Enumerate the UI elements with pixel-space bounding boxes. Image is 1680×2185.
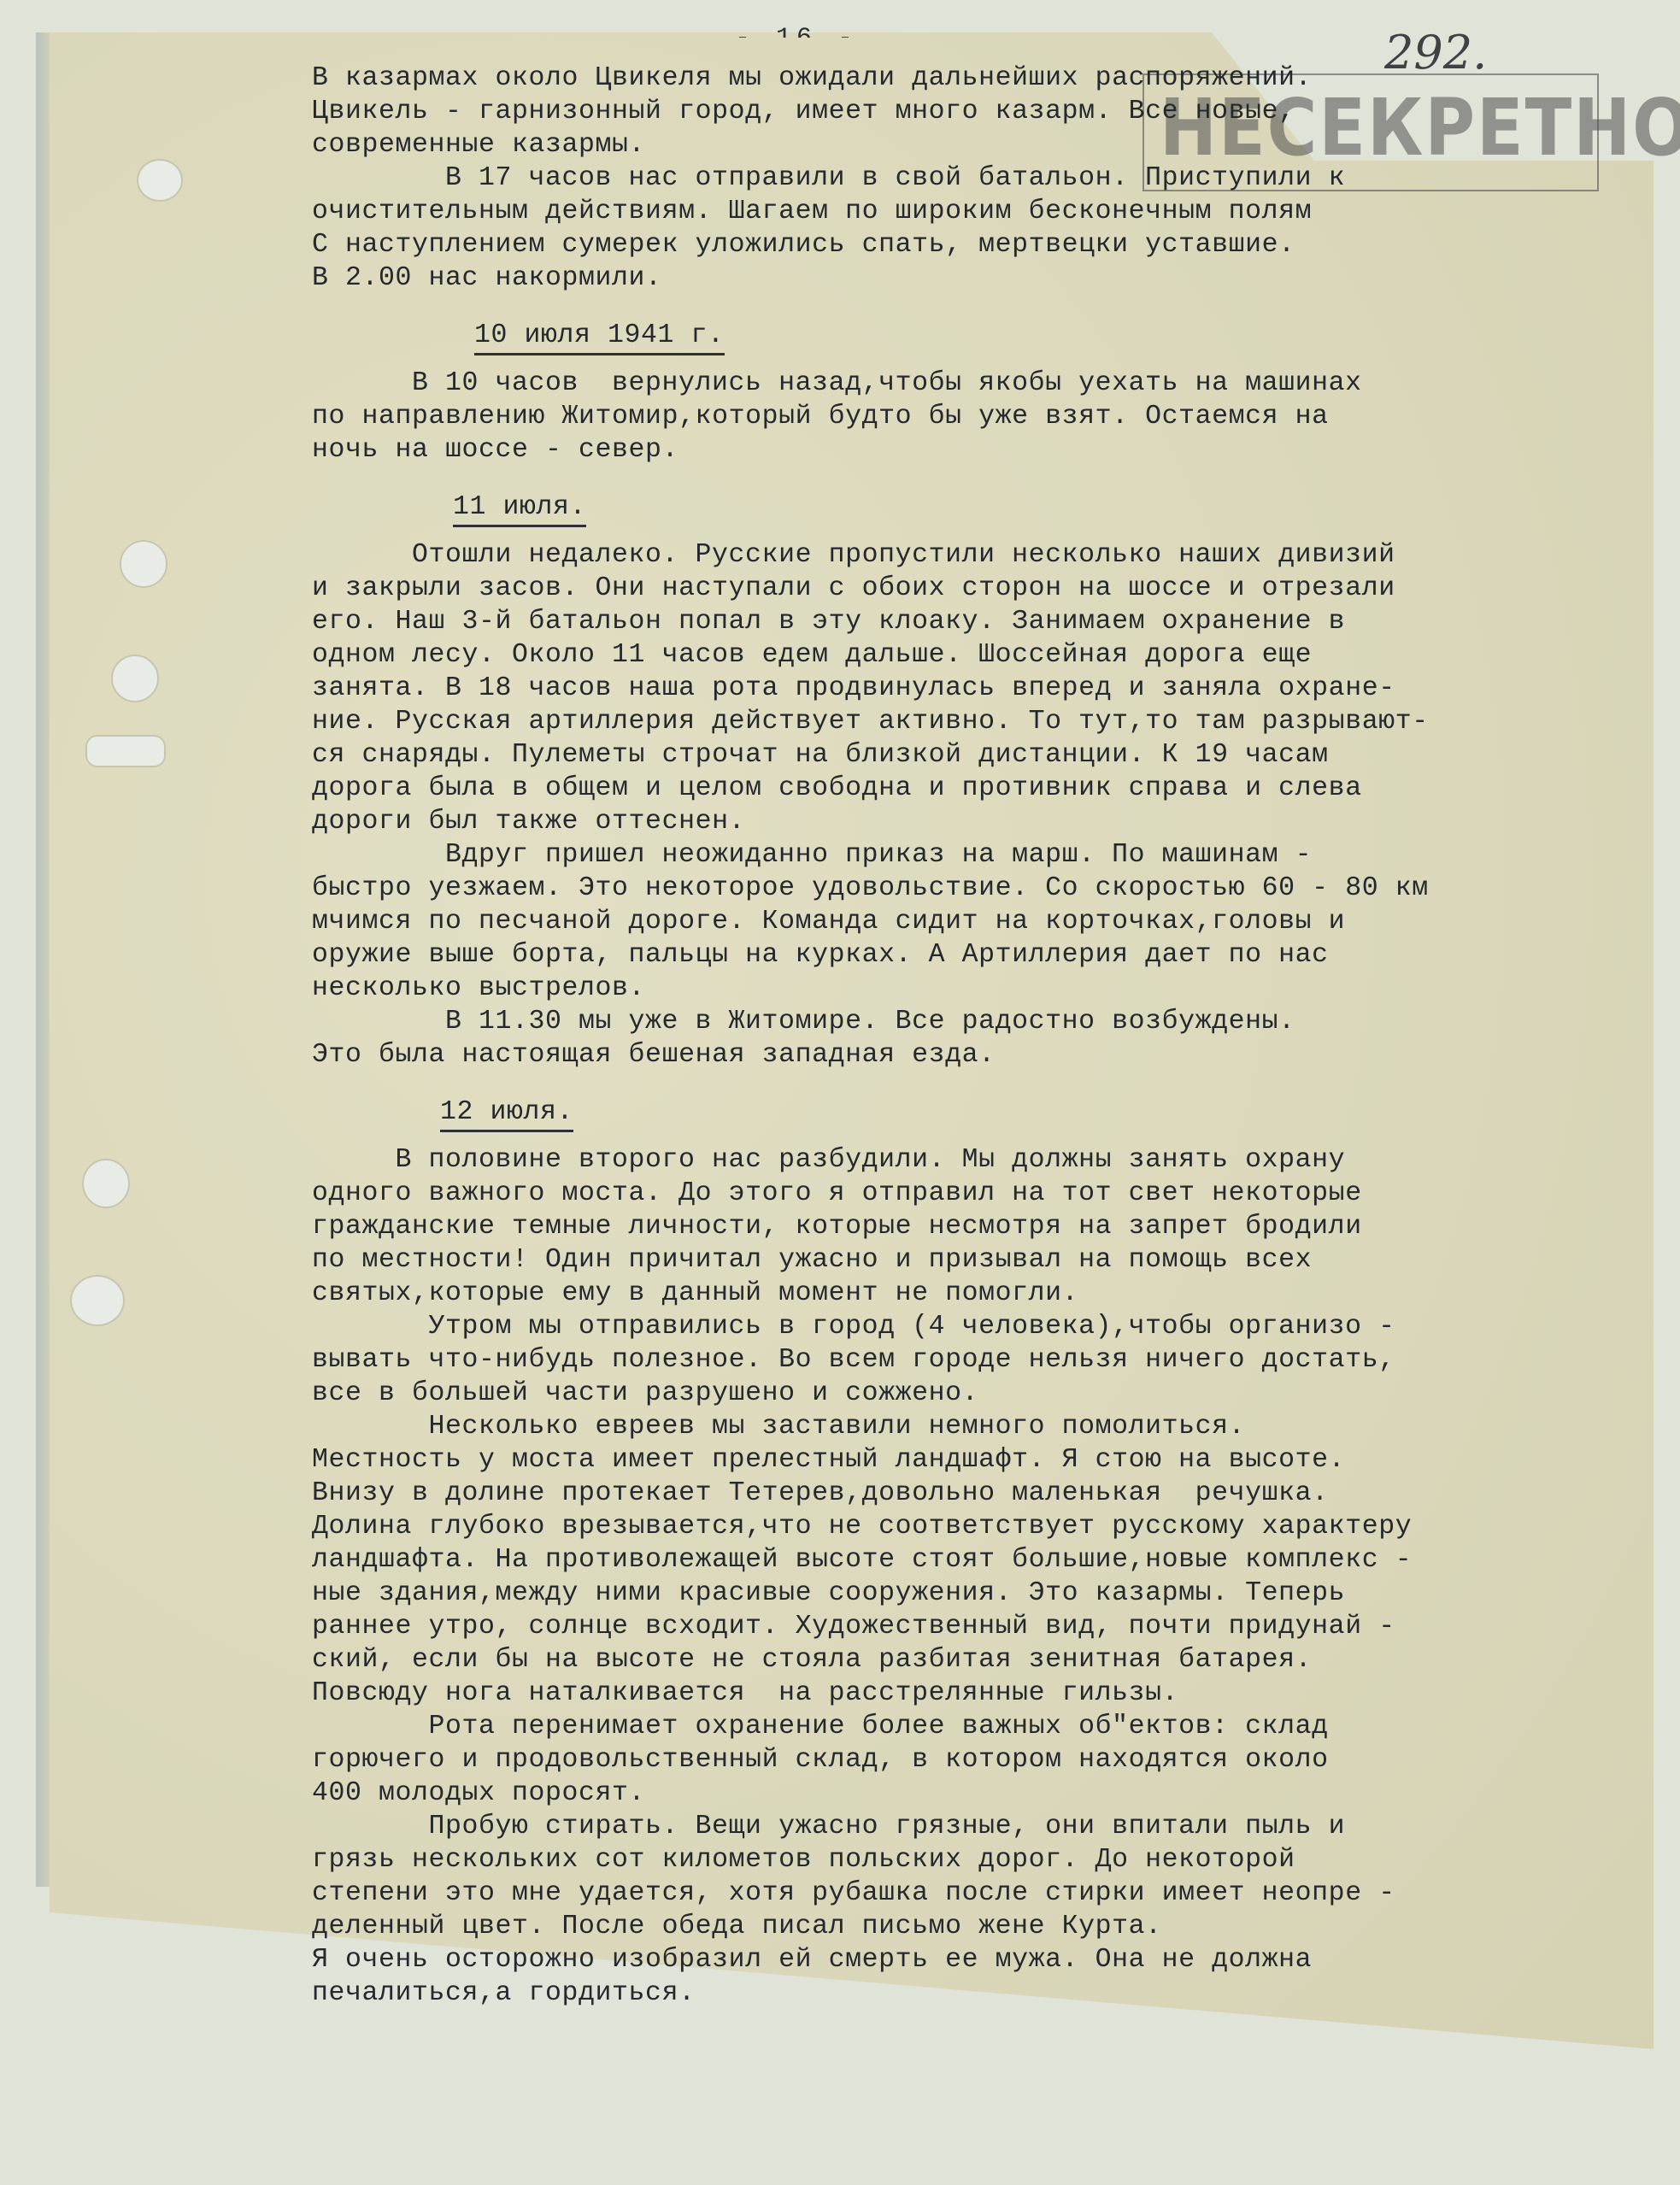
text-line: все в большей части разрушено и сожжено. [312, 1377, 1645, 1410]
text-line: оружие выше борта, пальцы на курках. А А… [312, 938, 1645, 972]
text-line: В половине второго нас разбудили. Мы дол… [312, 1143, 1645, 1177]
text-line: ние. Русская артиллерия действует активн… [312, 705, 1645, 738]
text-line: одного важного моста. До этого я отправи… [312, 1177, 1645, 1210]
page-number: - 16 - [735, 24, 858, 38]
punch-hole [111, 655, 159, 702]
section-spacer [312, 295, 1645, 319]
heading-line: 11 июля. [312, 490, 1645, 538]
section-spacer [312, 1072, 1645, 1095]
text-line: очистительным действиям. Шагаем по широк… [312, 195, 1645, 228]
text-line: вывать что-нибудь полезное. Во всем горо… [312, 1343, 1645, 1377]
diary-date-heading: 11 июля. [453, 492, 586, 527]
section-spacer [312, 467, 1645, 490]
text-line: его. Наш 3-й батальон попал в эту клоаку… [312, 605, 1645, 638]
paper-edge-shadow [36, 32, 51, 1887]
text-line: Отошли недалеко. Русские пропустили неск… [312, 538, 1645, 572]
text-line: печалиться,а гордиться. [312, 1976, 1645, 2010]
text-line: Несколько евреев мы заставили немного по… [312, 1410, 1645, 1443]
punch-hole [137, 159, 183, 202]
text-line: деленный цвет. После обеда писал письмо … [312, 1910, 1645, 1943]
text-line: Я очень осторожно изобразил ей смерть ее… [312, 1943, 1645, 1976]
text-line: Долина глубоко врезывается,что не соотве… [312, 1510, 1645, 1543]
text-line: горючего и продовольственный склад, в ко… [312, 1743, 1645, 1777]
text-line: по направлению Житомир,который будто бы … [312, 400, 1645, 433]
text-line: мчимся по песчаной дороге. Команда сидит… [312, 905, 1645, 938]
text-line: Утром мы отправились в город (4 человека… [312, 1310, 1645, 1343]
text-line: гражданские темные личности, которые нес… [312, 1210, 1645, 1243]
text-line: Повсюду нога наталкивается на расстрелян… [312, 1677, 1645, 1710]
text-line: ландшафта. На противолежащей высоте стоя… [312, 1543, 1645, 1577]
text-line: В 2.00 нас накормили. [312, 261, 1645, 295]
typed-text-body: В казармах около Цвикеля мы ожидали даль… [312, 62, 1645, 2010]
text-line: святых,которые ему в данный момент не по… [312, 1277, 1645, 1310]
text-line: быстро уезжаем. Это некоторое удовольств… [312, 872, 1645, 905]
text-line: и закрыли засов. Они наступали с обоих с… [312, 572, 1645, 605]
punch-hole [120, 540, 167, 588]
text-line: С наступлением сумерек уложились спать, … [312, 228, 1645, 261]
text-line: несколько выстрелов. [312, 972, 1645, 1005]
text-line: Цвикель - гарнизонный город, имеет много… [312, 95, 1645, 128]
text-line: Вдруг пришел неожиданно приказ на марш. … [312, 838, 1645, 872]
heading-line: 12 июля. [312, 1095, 1645, 1143]
text-line: Пробую стирать. Вещи ужасно грязные, они… [312, 1810, 1645, 1843]
text-line: занята. В 18 часов наша рота продвинулас… [312, 672, 1645, 705]
text-line: одном лесу. Около 11 часов едем дальше. … [312, 638, 1645, 672]
punch-hole [85, 735, 166, 767]
text-line: раннее утро, солнце всходит. Художествен… [312, 1610, 1645, 1643]
text-line: Рота перенимает охранение более важных о… [312, 1710, 1645, 1743]
text-line: дорога была в общем и целом свободна и п… [312, 772, 1645, 805]
text-line: степени это мне удается, хотя рубашка по… [312, 1877, 1645, 1910]
heading-line: 10 июля 1941 г. [312, 319, 1645, 367]
text-line: по местности! Один причитал ужасно и при… [312, 1243, 1645, 1277]
text-line: современные казармы. [312, 128, 1645, 162]
punch-hole [82, 1159, 130, 1208]
diary-date-heading: 10 июля 1941 г. [474, 320, 725, 355]
text-line: грязь нескольких сот километов польских … [312, 1843, 1645, 1877]
text-line: ский, если бы на высоте не стояла разбит… [312, 1643, 1645, 1677]
text-line: дороги был также оттеснен. [312, 805, 1645, 838]
text-line: 400 молодых поросят. [312, 1777, 1645, 1810]
text-line: ные здания,между ними красивые сооружени… [312, 1577, 1645, 1610]
punch-hole [70, 1275, 125, 1326]
text-line: В казармах около Цвикеля мы ожидали даль… [312, 62, 1645, 95]
text-line: Местность у моста имеет прелестный ландш… [312, 1443, 1645, 1477]
text-line: Это была настоящая бешеная западная езда… [312, 1038, 1645, 1072]
text-line: В 11.30 мы уже в Житомире. Все радостно … [312, 1005, 1645, 1038]
diary-date-heading: 12 июля. [440, 1097, 573, 1132]
text-line: Внизу в долине протекает Тетерев,довольн… [312, 1477, 1645, 1510]
text-line: ночь на шоссе - север. [312, 433, 1645, 467]
text-line: ся снаряды. Пулеметы строчат на близкой … [312, 738, 1645, 772]
text-line: В 10 часов вернулись назад,чтобы якобы у… [312, 367, 1645, 400]
text-line: В 17 часов нас отправили в свой батальон… [312, 162, 1645, 195]
